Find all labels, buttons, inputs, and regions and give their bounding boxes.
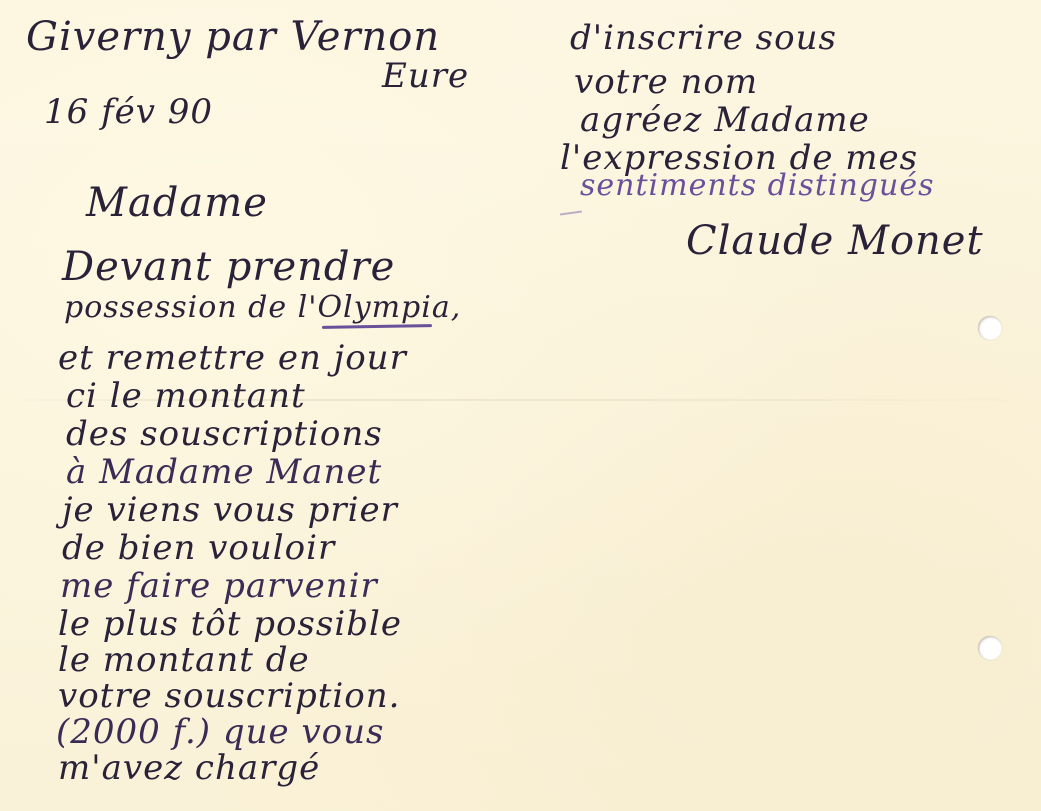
olympia-underline	[322, 324, 432, 329]
body-line-11: le montant de	[58, 640, 310, 680]
body-line-9: me faire parvenir	[60, 566, 378, 606]
body-line-8: de bien vouloir	[62, 528, 335, 568]
place-line-1: Giverny par Vernon	[26, 14, 440, 60]
body-line-13: (2000 f.) que vous	[56, 712, 384, 752]
body-line-10: le plus tôt possible	[58, 604, 402, 644]
closing-line-5: sentiments distingués	[580, 168, 934, 203]
body-line-2: possession de l'Olympia,	[64, 290, 461, 325]
body-line-1: Devant prendre	[62, 244, 395, 290]
closing-line-2: votre nom	[574, 62, 758, 102]
body-line-12: votre souscription.	[58, 676, 400, 716]
body-line-4: ci le montant	[66, 376, 306, 416]
body-line-3: et remettre en jour	[58, 338, 407, 378]
closing-line-1: d'inscrire sous	[570, 18, 837, 58]
pen-stroke-mark	[560, 210, 582, 215]
place-line-2: Eure	[382, 56, 469, 96]
letter-paper: Giverny par Vernon Eure 16 fév 90 Madame…	[0, 0, 1041, 811]
body-line-6: à Madame Manet	[66, 452, 382, 492]
body-line-5: des souscriptions	[66, 414, 383, 454]
body-line-14: m'avez chargé	[58, 748, 320, 788]
punch-hole-top	[978, 316, 1002, 340]
signature: Claude Monet	[686, 218, 984, 264]
salutation: Madame	[86, 180, 268, 226]
closing-line-3: agréez Madame	[580, 100, 870, 140]
body-line-7: je viens vous prier	[62, 490, 398, 530]
punch-hole-bottom	[978, 636, 1002, 660]
date-line: 16 fév 90	[44, 92, 213, 132]
